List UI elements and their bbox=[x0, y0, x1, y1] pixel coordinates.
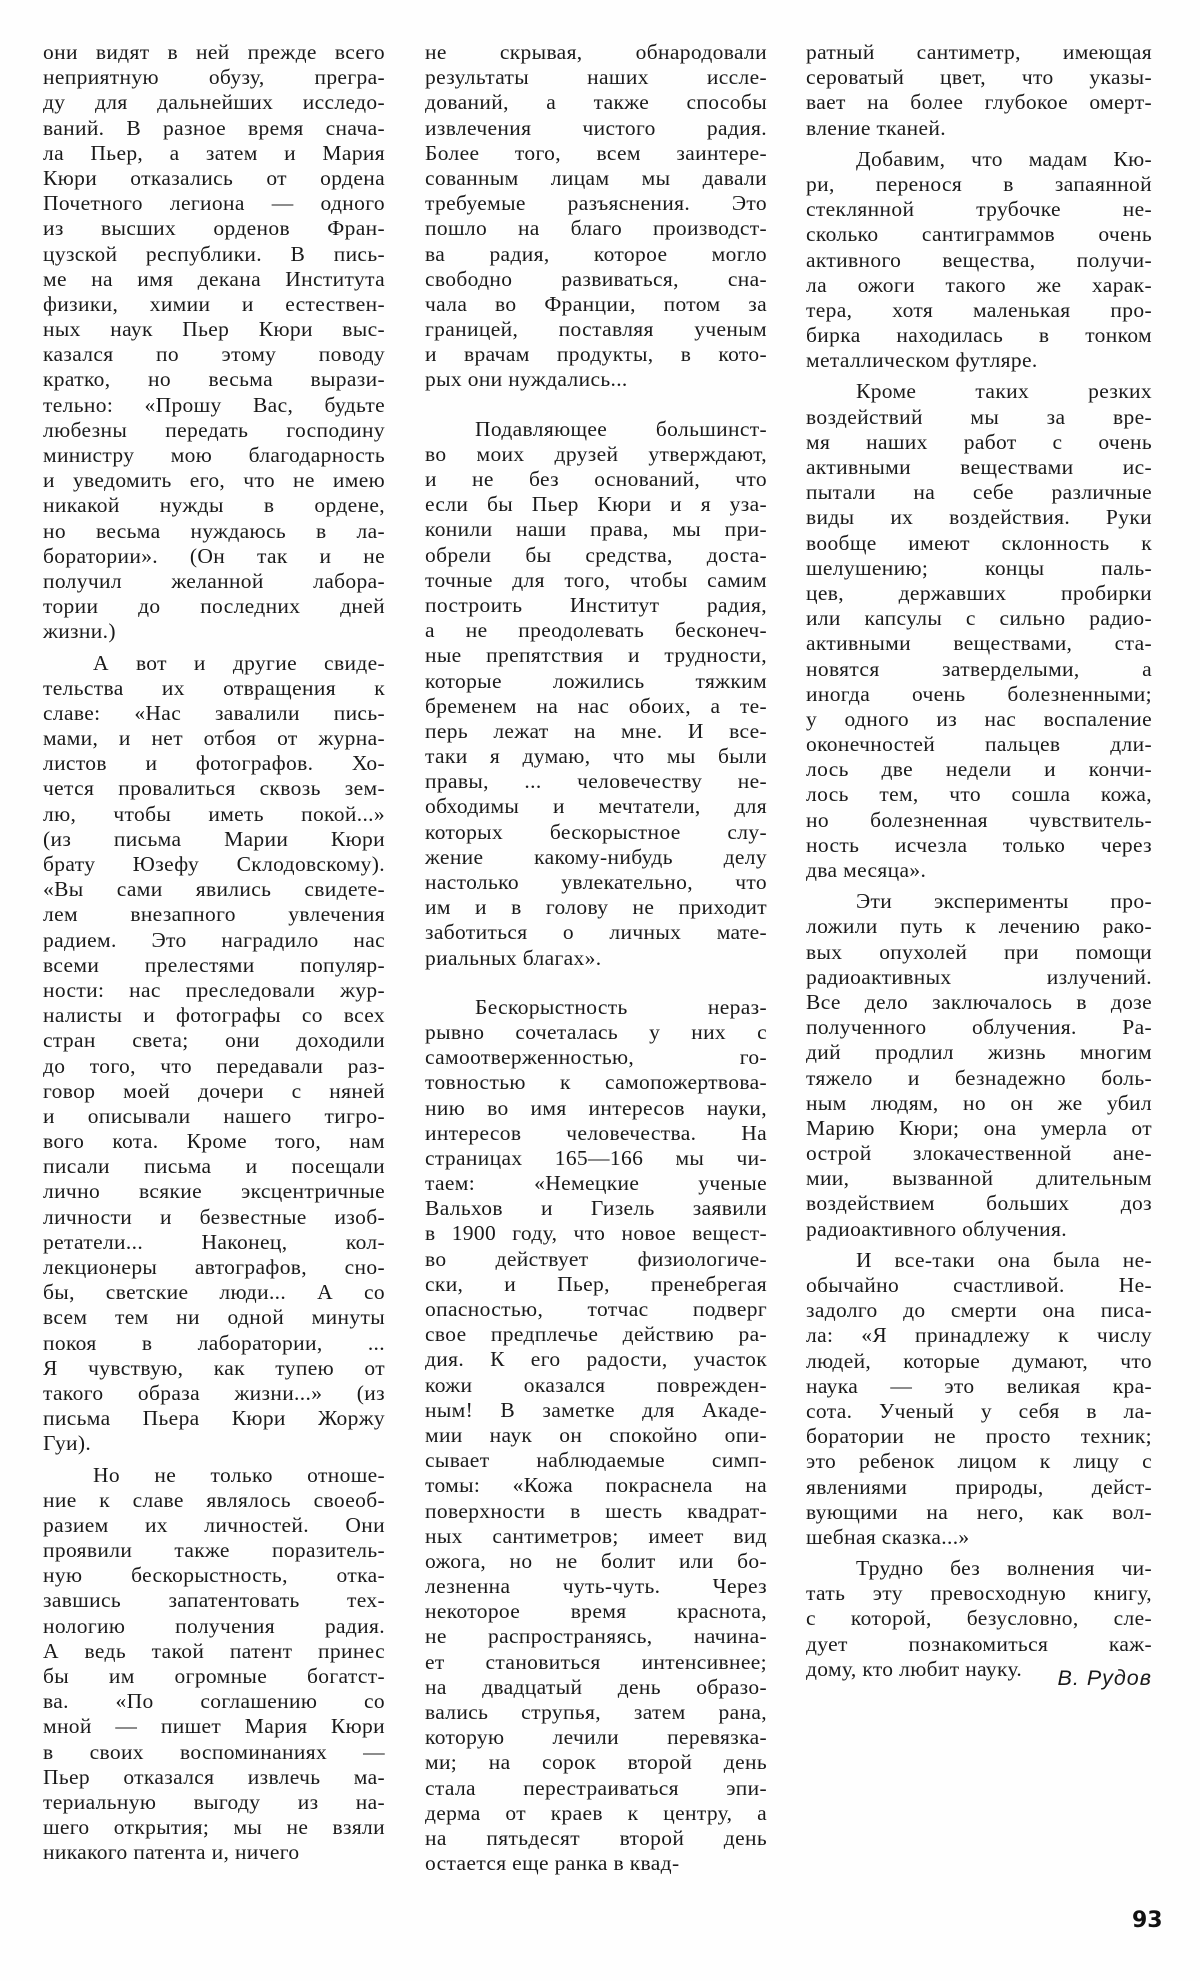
text-line: пошло на благо производст- bbox=[425, 216, 767, 241]
text-line: Кюри отказались от ордена bbox=[43, 166, 385, 191]
text-line: говор моей дочери с няней bbox=[43, 1079, 385, 1104]
text-line: а не преодолевать бесконеч- bbox=[425, 618, 767, 643]
text-line: риальных благах». bbox=[425, 946, 767, 971]
text-line: (из письма Марии Кюри bbox=[43, 827, 385, 852]
text-line: стеклянной трубочке не- bbox=[806, 197, 1152, 222]
text-line: вого кота. Кроме того, нам bbox=[43, 1129, 385, 1154]
text-line: дует познакомиться каж- bbox=[806, 1632, 1152, 1657]
text-line: лось две недели и кончи- bbox=[806, 757, 1152, 782]
text-line: ретатели... Наконец, кол- bbox=[43, 1230, 385, 1255]
text-line: сованным лицам мы давали bbox=[425, 166, 767, 191]
text-line: виды их воздействия. Руки bbox=[806, 505, 1152, 530]
text-line: бы, светские люди... А со bbox=[43, 1280, 385, 1305]
text-line: всем тем ни одной минуты bbox=[43, 1305, 385, 1330]
text-line: ме на имя декана Института bbox=[43, 267, 385, 292]
text-line: А вот и другие свиде- bbox=[43, 651, 385, 676]
text-line: бы им огромные богатст- bbox=[43, 1664, 385, 1689]
text-line: министру мою благодарность bbox=[43, 443, 385, 468]
text-line: на двадцатый день образо- bbox=[425, 1675, 767, 1700]
text-line: такого образа жизни...» (из bbox=[43, 1381, 385, 1406]
text-line: полученного облучения. Ра- bbox=[806, 1015, 1152, 1040]
text-line: Трудно без волнения чи- bbox=[806, 1556, 1152, 1581]
text-line: но весьма нуждаюсь в ла- bbox=[43, 519, 385, 544]
text-line: сколько сантиграммов очень bbox=[806, 222, 1152, 247]
paragraph: Подавляющее большинст-во моих друзей утв… bbox=[425, 417, 767, 971]
text-line: правы, ... человечеству не- bbox=[425, 769, 767, 794]
text-line: Все дело заключалось в дозе bbox=[806, 990, 1152, 1015]
text-line: писали письма и посещали bbox=[43, 1154, 385, 1179]
text-line: таки я думаю, что мы были bbox=[425, 744, 767, 769]
text-line: ва. «По соглашению со bbox=[43, 1689, 385, 1714]
text-line: вает на более глубокое омерт- bbox=[806, 90, 1152, 115]
text-line: мии наук он спокойно опи- bbox=[425, 1423, 767, 1448]
text-line: оконечностей пальцев дли- bbox=[806, 732, 1152, 757]
text-line: ные препятствия и трудности, bbox=[425, 643, 767, 668]
text-line: радиоактивного облучения. bbox=[806, 1217, 1152, 1242]
text-line: на пятьдесят второй день bbox=[425, 1826, 767, 1851]
magazine-page: они видят в ней прежде всегонеприятную о… bbox=[0, 0, 1200, 1981]
text-line: Кроме таких резких bbox=[806, 379, 1152, 404]
text-line: ных наук Пьер Кюри выс- bbox=[43, 317, 385, 342]
text-line: Подавляющее большинст- bbox=[425, 417, 767, 442]
text-line: казался по этому поводу bbox=[43, 342, 385, 367]
text-line: и описывали нашего тигро- bbox=[43, 1104, 385, 1129]
text-line: которую лечили перевязка- bbox=[425, 1725, 767, 1750]
text-line: радием. Это наградило нас bbox=[43, 928, 385, 953]
text-line: получил желанной лабора- bbox=[43, 569, 385, 594]
text-line: тера, хотя маленькая про- bbox=[806, 298, 1152, 323]
text-line: вых опухолей при помощи bbox=[806, 940, 1152, 965]
text-line: во моих друзей утверждают, bbox=[425, 442, 767, 467]
text-line: никакого патента и, ничего bbox=[43, 1840, 385, 1865]
text-column-1: они видят в ней прежде всегонеприятную о… bbox=[43, 40, 385, 1866]
text-line: нию во имя интересов науки, bbox=[425, 1096, 767, 1121]
text-line: во действует физиологиче- bbox=[425, 1247, 767, 1272]
text-line: конили наши права, мы при- bbox=[425, 517, 767, 542]
text-line: налисты и фотографы со всех bbox=[43, 1003, 385, 1028]
text-line: мии, вызванной длительным bbox=[806, 1166, 1152, 1191]
text-line: активного вещества, получи- bbox=[806, 248, 1152, 273]
text-line: разием их личностей. Они bbox=[43, 1513, 385, 1538]
text-line: шебная сказка...» bbox=[806, 1525, 1152, 1550]
text-line: тельно: «Прошу Вас, будьте bbox=[43, 393, 385, 418]
text-line: бирка находилась в тонком bbox=[806, 323, 1152, 348]
text-column-3: ратный сантиметр, имеющаясероватый цвет,… bbox=[806, 40, 1152, 1682]
text-line: Марию Кюри; она умерла от bbox=[806, 1116, 1152, 1141]
paragraph: Бескорыстность нераз-рывно сочеталась у … bbox=[425, 995, 767, 1877]
text-line: Добавим, что мадам Кю- bbox=[806, 147, 1152, 172]
paragraph: Добавим, что мадам Кю-ри, перенося в зап… bbox=[806, 147, 1152, 374]
text-line: дерма от краев к центру, а bbox=[425, 1801, 767, 1826]
text-line: границей, поставляя ученым bbox=[425, 317, 767, 342]
text-line: лекционеры автографов, сно- bbox=[43, 1255, 385, 1280]
text-line: ную бескорыстность, отка- bbox=[43, 1563, 385, 1588]
text-line: Эти эксперименты про- bbox=[806, 889, 1152, 914]
text-line: радиоактивных излучений. bbox=[806, 965, 1152, 990]
text-line: мами, и нет отбоя от журна- bbox=[43, 726, 385, 751]
text-line: славе: «Нас завалили пись- bbox=[43, 701, 385, 726]
text-line: физики, химии и естествен- bbox=[43, 292, 385, 317]
text-line: Гуи). bbox=[43, 1431, 385, 1456]
text-line: металлическом футляре. bbox=[806, 348, 1152, 373]
text-line: ла ожоги такого же харак- bbox=[806, 273, 1152, 298]
text-line: ным! В заметке для Акаде- bbox=[425, 1398, 767, 1423]
text-line: листов и фотографов. Хо- bbox=[43, 751, 385, 776]
text-line: это ребенок лицом к лицу с bbox=[806, 1449, 1152, 1474]
text-line: рывно сочеталась у них с bbox=[425, 1020, 767, 1045]
text-line: с которой, безусловно, сле- bbox=[806, 1606, 1152, 1631]
paragraph: Кроме таких резкихвоздействий мы за вре-… bbox=[806, 379, 1152, 883]
text-line: ва радия, которое могло bbox=[425, 242, 767, 267]
paragraph: ратный сантиметр, имеющаясероватый цвет,… bbox=[806, 40, 1152, 141]
text-line: результаты наших иссле- bbox=[425, 65, 767, 90]
text-line: лю, чтобы иметь покой...» bbox=[43, 802, 385, 827]
text-line: опасностью, тотчас подверг bbox=[425, 1297, 767, 1322]
text-line: жизни.) bbox=[43, 619, 385, 644]
text-line: свободно развиваться, сна- bbox=[425, 267, 767, 292]
text-line: сота. Ученый у себя в ла- bbox=[806, 1399, 1152, 1424]
text-line: вующими на него, как вол- bbox=[806, 1500, 1152, 1525]
text-line: «Вы сами явились свидете- bbox=[43, 877, 385, 902]
text-line: они видят в ней прежде всего bbox=[43, 40, 385, 65]
text-line: ет становиться интенсивнее; bbox=[425, 1650, 767, 1675]
text-line: ным людям, но он же убил bbox=[806, 1091, 1152, 1116]
text-line: завшись запатентовать тех- bbox=[43, 1588, 385, 1613]
text-line: тории до последних дней bbox=[43, 594, 385, 619]
text-line: ратный сантиметр, имеющая bbox=[806, 40, 1152, 65]
text-line: точные для того, чтобы самим bbox=[425, 568, 767, 593]
text-line: обычайно счастливой. Не- bbox=[806, 1273, 1152, 1298]
text-line: Но не только отноше- bbox=[43, 1463, 385, 1488]
text-line: страницах 165—166 мы чи- bbox=[425, 1146, 767, 1171]
text-line: вались струпья, затем рана, bbox=[425, 1700, 767, 1725]
text-line: и не без оснований, что bbox=[425, 467, 767, 492]
text-line: два месяца». bbox=[806, 858, 1152, 883]
text-line: ду для дальнейших исследо- bbox=[43, 90, 385, 115]
text-line: задолго до смерти она писа- bbox=[806, 1298, 1152, 1323]
text-line: Бескорыстность нераз- bbox=[425, 995, 767, 1020]
text-line: сывает наблюдаемые симп- bbox=[425, 1448, 767, 1473]
text-line: рых они нуждались... bbox=[425, 367, 767, 392]
text-line: всеми прелестями популяр- bbox=[43, 953, 385, 978]
text-line: некоторое время краснота, bbox=[425, 1599, 767, 1624]
text-line: явлениями природы, дейст- bbox=[806, 1475, 1152, 1500]
text-line: свое предплечье действию ра- bbox=[425, 1322, 767, 1347]
text-line: стран света; они доходили bbox=[43, 1028, 385, 1053]
text-line: боратории не просто техник; bbox=[806, 1424, 1152, 1449]
text-line: никакой нужды в ордене, bbox=[43, 493, 385, 518]
text-line: лично всякие эксцентричные bbox=[43, 1179, 385, 1204]
paragraph: не скрывая, обнародовалирезультаты наших… bbox=[425, 40, 767, 393]
text-line: активными веществами ис- bbox=[806, 455, 1152, 480]
text-line: воздействием больших доз bbox=[806, 1191, 1152, 1216]
text-line: ри, перенося в запаянной bbox=[806, 172, 1152, 197]
text-line: воздействий мы за вре- bbox=[806, 405, 1152, 430]
text-line: наука — это великая кра- bbox=[806, 1374, 1152, 1399]
paragraph: А вот и другие свиде-тельства их отвраще… bbox=[43, 651, 385, 1457]
text-column-2: не скрывая, обнародовалирезультаты наших… bbox=[425, 40, 767, 1876]
text-line: таем: «Немецкие ученые bbox=[425, 1171, 767, 1196]
text-line: тать эту превосходную книгу, bbox=[806, 1581, 1152, 1606]
author-signature: В. Рудов bbox=[806, 1665, 1152, 1691]
text-line: обрели бы средства, доста- bbox=[425, 543, 767, 568]
text-line: ла: «Я принадлежу к числу bbox=[806, 1323, 1152, 1348]
text-line: острой злокачественной ане- bbox=[806, 1141, 1152, 1166]
text-line: кратко, но весьма вырази- bbox=[43, 367, 385, 392]
text-line: Пьер отказался извлечь ма- bbox=[43, 1765, 385, 1790]
text-line: любезны передать господину bbox=[43, 418, 385, 443]
paragraph: И все-таки она была не-обычайно счастлив… bbox=[806, 1248, 1152, 1550]
text-line: бременем на нас обоих, а те- bbox=[425, 694, 767, 719]
text-line: дований, а также способы bbox=[425, 90, 767, 115]
text-line: ваний. В разное время снача- bbox=[43, 116, 385, 141]
text-line: ность исчезла только через bbox=[806, 833, 1152, 858]
text-line: Вальхов и Гизель заявили bbox=[425, 1196, 767, 1221]
text-line: покоя в лаборатории, ... bbox=[43, 1331, 385, 1356]
text-line: которых бескорыстное слу- bbox=[425, 820, 767, 845]
text-line: до того, что передавали раз- bbox=[43, 1054, 385, 1079]
text-line: товностью к самопожертвова- bbox=[425, 1070, 767, 1095]
text-line: ми; на сорок второй день bbox=[425, 1750, 767, 1775]
text-line: ожога, но не болит или бо- bbox=[425, 1549, 767, 1574]
text-line: нологию получения радия. bbox=[43, 1614, 385, 1639]
text-line: у одного из нас воспаление bbox=[806, 707, 1152, 732]
text-line: томы: «Кожа покраснела на bbox=[425, 1473, 767, 1498]
text-line: в 1900 году, что новое вещест- bbox=[425, 1221, 767, 1246]
text-line: ных сантиметров; имеет вид bbox=[425, 1524, 767, 1549]
text-line: новятся затверделыми, а bbox=[806, 657, 1152, 682]
text-line: брату Юзефу Склодовскому). bbox=[43, 852, 385, 877]
text-line: и уведомить его, что не имею bbox=[43, 468, 385, 493]
text-line: кожи оказался поврежден- bbox=[425, 1373, 767, 1398]
text-line: которые ложились тяжким bbox=[425, 669, 767, 694]
text-line: шелушению; концы паль- bbox=[806, 556, 1152, 581]
text-line: Более того, всем заинтере- bbox=[425, 141, 767, 166]
text-line: дий продлил жизнь многим bbox=[806, 1040, 1152, 1065]
page-number: 93 bbox=[1132, 1908, 1163, 1933]
text-line: ние к славе являлось своеоб- bbox=[43, 1488, 385, 1513]
text-line: вление тканей. bbox=[806, 116, 1152, 141]
text-line: из высших орденов Фран- bbox=[43, 216, 385, 241]
paragraph: Эти эксперименты про-ложили путь к лечен… bbox=[806, 889, 1152, 1242]
text-line: ски, и Пьер, пренебрегая bbox=[425, 1272, 767, 1297]
text-line: мя наших работ с очень bbox=[806, 430, 1152, 455]
text-line: остается еще ранка в квад- bbox=[425, 1851, 767, 1876]
text-line: цузской республики. В пись- bbox=[43, 242, 385, 267]
text-line: чется провалиться сквозь зем- bbox=[43, 776, 385, 801]
text-line: им и в голову не приходит bbox=[425, 895, 767, 920]
text-line: самоотверженностью, го- bbox=[425, 1045, 767, 1070]
text-line: сероватый цвет, что указы- bbox=[806, 65, 1152, 90]
text-line: заботиться о личных мате- bbox=[425, 920, 767, 945]
text-line: тяжело и безнадежно боль- bbox=[806, 1066, 1152, 1091]
text-line: боратории». (Он так и не bbox=[43, 544, 385, 569]
paragraph: они видят в ней прежде всегонеприятную о… bbox=[43, 40, 385, 645]
text-line: ложили путь к лечению рако- bbox=[806, 914, 1152, 939]
text-line: перь лежат на мне. И все- bbox=[425, 719, 767, 744]
text-line: письма Пьера Кюри Жоржу bbox=[43, 1406, 385, 1431]
text-line: Почетного легиона — одного bbox=[43, 191, 385, 216]
text-line: чала во Франции, потом за bbox=[425, 292, 767, 317]
text-line: поверхности в шесть квадрат- bbox=[425, 1499, 767, 1524]
text-line: лось тем, что сошла кожа, bbox=[806, 782, 1152, 807]
text-line: шего открытия; мы не взяли bbox=[43, 1815, 385, 1840]
text-line: в своих воспоминаниях — bbox=[43, 1740, 385, 1765]
text-line: ности: нас преследовали жур- bbox=[43, 978, 385, 1003]
text-line: не распространяясь, начина- bbox=[425, 1624, 767, 1649]
text-line: ла Пьер, а затем и Мария bbox=[43, 141, 385, 166]
text-line: тельства их отвращения к bbox=[43, 676, 385, 701]
paragraph: Трудно без волнения чи-тать эту превосхо… bbox=[806, 1556, 1152, 1682]
text-line: требуемые разъяснения. Это bbox=[425, 191, 767, 216]
text-line: настолько увлекательно, что bbox=[425, 870, 767, 895]
text-line: териальную выгоду из на- bbox=[43, 1790, 385, 1815]
text-line: или капсулы с сильно радио- bbox=[806, 606, 1152, 631]
text-line: иногда очень болезненными; bbox=[806, 682, 1152, 707]
text-line: не скрывая, обнародовали bbox=[425, 40, 767, 65]
text-line: активными веществами, ста- bbox=[806, 631, 1152, 656]
text-line: пытали на себе различные bbox=[806, 480, 1152, 505]
text-line: И все-таки она была не- bbox=[806, 1248, 1152, 1273]
text-line: дия. К его радости, участок bbox=[425, 1347, 767, 1372]
text-line: людей, которые думают, что bbox=[806, 1349, 1152, 1374]
text-line: проявили также поразитель- bbox=[43, 1538, 385, 1563]
text-line: Я чувствую, как тупею от bbox=[43, 1356, 385, 1381]
text-line: и врачам продукты, в кото- bbox=[425, 342, 767, 367]
text-line: А ведь такой патент принес bbox=[43, 1639, 385, 1664]
text-line: извлечения чистого радия. bbox=[425, 116, 767, 141]
text-line: построить Институт радия, bbox=[425, 593, 767, 618]
text-line: лем внезапного увлечения bbox=[43, 902, 385, 927]
text-line: цев, державших пробирки bbox=[806, 581, 1152, 606]
text-line: но болезненная чувствитель- bbox=[806, 808, 1152, 833]
text-line: стала перестраиваться эпи- bbox=[425, 1776, 767, 1801]
paragraph: Но не только отноше-ние к славе являлось… bbox=[43, 1463, 385, 1866]
text-line: жение какому-нибудь делу bbox=[425, 845, 767, 870]
text-line: если бы Пьер Кюри и я уза- bbox=[425, 492, 767, 517]
text-line: лезненна чуть-чуть. Через bbox=[425, 1574, 767, 1599]
text-line: мной — пишет Мария Кюри bbox=[43, 1714, 385, 1739]
text-line: личности и безвестные изоб- bbox=[43, 1205, 385, 1230]
text-line: интересов человечества. На bbox=[425, 1121, 767, 1146]
text-line: обходимы и мечтатели, для bbox=[425, 794, 767, 819]
text-line: неприятную обузу, прегра- bbox=[43, 65, 385, 90]
text-line: вообще имеют склонность к bbox=[806, 531, 1152, 556]
